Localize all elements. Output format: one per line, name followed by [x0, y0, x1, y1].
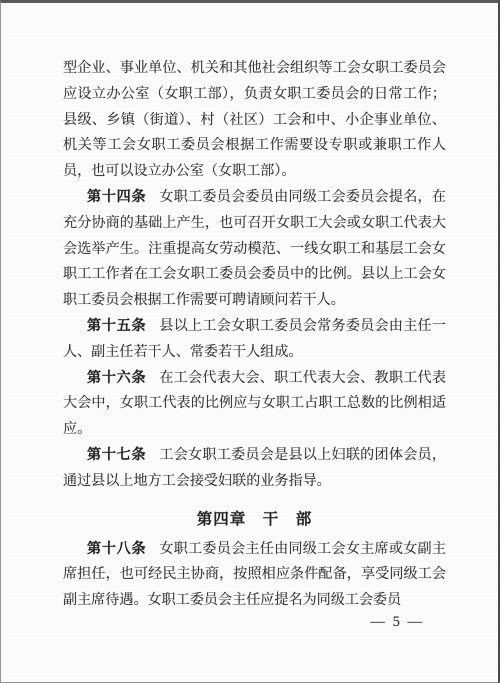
document-paragraph: 第十四条女职工委员会委员由同级工会委员会提名，在充分协商的基础上产生，也可召开女… — [63, 185, 446, 314]
document-paragraph: 第十五条县以上工会女职工委员会常务委员会由主任一人、副主任若干人、常委若干人组成… — [63, 314, 446, 366]
document-paragraph: 第十八条女职工委员会主任由同级工会女主席或女副主席担任，也可经民主协商，按照相应… — [63, 537, 446, 614]
paragraph-text: 女职工委员会委员由同级工会委员会提名，在充分协商的基础上产生，也可召开女职工大会… — [63, 189, 446, 308]
chapter-heading: 第四章 干 部 — [63, 509, 446, 531]
paragraph-text: 型企业、事业单位、机关和其他社会组织等工会女职工委员会应设立办公室（女职工部），… — [63, 60, 446, 179]
document-paragraph: 型企业、事业单位、机关和其他社会组织等工会女职工委员会应设立办公室（女职工部），… — [63, 56, 446, 185]
page-number: — 5 — — [371, 614, 425, 631]
article-number: 第十八条 — [87, 541, 146, 557]
document-paragraph: 第十六条在工会代表大会、职工代表大会、教职工代表大会中，女职工代表的比例应与女职… — [63, 366, 446, 443]
article-number: 第十六条 — [87, 370, 146, 386]
article-number: 第十五条 — [87, 318, 146, 334]
document-body: 型企业、事业单位、机关和其他社会组织等工会女职工委员会应设立办公室（女职工部），… — [63, 56, 446, 614]
article-number: 第十四条 — [87, 189, 146, 205]
scanned-document-page: 型企业、事业单位、机关和其他社会组织等工会女职工委员会应设立办公室（女职工部），… — [0, 0, 500, 683]
article-number: 第十七条 — [87, 447, 146, 463]
document-paragraph: 第十七条工会女职工委员会是县以上妇联的团体会员，通过县以上地方工会接受妇联的业务… — [63, 443, 446, 495]
